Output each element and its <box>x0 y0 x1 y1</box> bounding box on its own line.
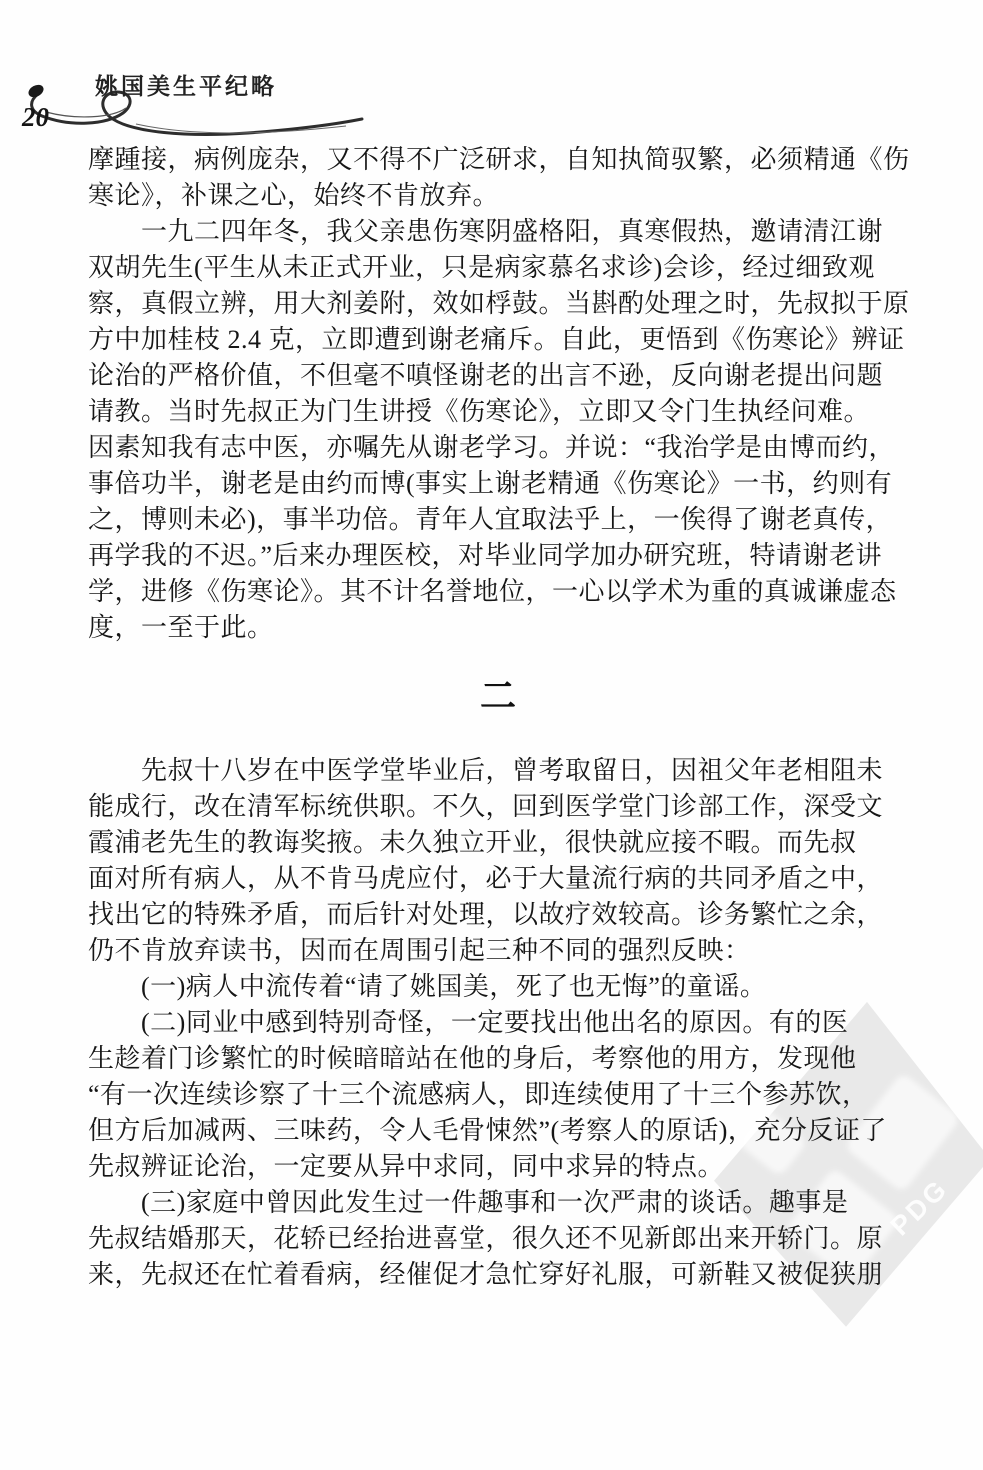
text-line: 先叔辨证论治，一定要从异中求同，同中求异的特点。 <box>88 1149 908 1185</box>
text-line: 双胡先生(平生从未正式开业，只是病家慕名求诊)会诊，经过细致观 <box>88 250 908 286</box>
section-heading: 二 <box>88 674 908 718</box>
text-line: 能成行，改在清军标统供职。不久，回到医学堂门诊部工作，深受文 <box>88 789 908 825</box>
section-one-text: 摩踵接，病例庞杂，又不得不广泛研求，自知执简驭繁，必须精通《伤寒论》，补课之心，… <box>88 142 908 646</box>
page-header: 姚国美生平纪略 20 <box>0 0 983 140</box>
text-line: 生趁着门诊繁忙的时候暗暗站在他的身后，考察他的用方，发现他 <box>88 1041 908 1077</box>
section-two-text: 先叔十八岁在中医学堂毕业后，曾考取留日，因祖父年老相阻未能成行，改在清军标统供职… <box>88 753 908 1293</box>
text-line: 仍不肯放弃读书，因而在周围引起三种不同的强烈反映： <box>88 933 908 969</box>
text-line: 度，一至于此。 <box>88 610 908 646</box>
text-line: 再学我的不迟。”后来办理医校，对毕业同学加办研究班，特请谢老讲 <box>88 538 908 574</box>
text-line: 方中加桂枝 2.4 克，立即遭到谢老痛斥。自此，更悟到《伤寒论》辨证 <box>88 322 908 358</box>
text-line: 找出它的特殊矛盾，而后针对处理，以故疗效较高。诊务繁忙之余， <box>88 897 908 933</box>
text-line: 之，博则未必)，事半功倍。青年人宜取法乎上，一俟得了谢老真传， <box>88 502 908 538</box>
text-line: (一)病人中流传着“请了姚国美，死了也无悔”的童谣。 <box>88 969 908 1005</box>
text-column: 摩踵接，病例庞杂，又不得不广泛研求，自知执简驭繁，必须精通《伤寒论》，补课之心，… <box>88 142 908 1293</box>
text-line: 因素知我有志中医，亦嘱先从谢老学习。并说：“我治学是由博而约， <box>88 430 908 466</box>
text-line: 一九二四年冬，我父亲患伤寒阴盛格阳，真寒假热，邀请清江谢 <box>88 214 908 250</box>
text-line: 摩踵接，病例庞杂，又不得不广泛研求，自知执简驭繁，必须精通《伤 <box>88 142 908 178</box>
book-page: PDG 姚国美生平纪略 20 摩踵接，病例庞杂，又不得不广泛研求，自知执简驭繁，… <box>0 0 983 1470</box>
text-line: 寒论》，补课之心，始终不肯放弃。 <box>88 178 908 214</box>
text-line: (三)家庭中曾因此发生过一件趣事和一次严肃的谈话。趣事是 <box>88 1185 908 1221</box>
running-head-title: 姚国美生平纪略 <box>95 68 277 101</box>
text-line: 先叔十八岁在中医学堂毕业后，曾考取留日，因祖父年老相阻未 <box>88 753 908 789</box>
text-line: (二)同业中感到特别奇怪，一定要找出他出名的原因。有的医 <box>88 1005 908 1041</box>
text-line: 请教。当时先叔正为门生讲授《伤寒论》，立即又令门生执经问难。 <box>88 394 908 430</box>
text-line: 察，真假立辨，用大剂姜附，效如桴鼓。当斟酌处理之时，先叔拟于原 <box>88 286 908 322</box>
text-line: 面对所有病人，从不肯马虎应付，必于大量流行病的共同矛盾之中， <box>88 861 908 897</box>
text-line: “有一次连续诊察了十三个流感病人，即连续使用了十三个参苏饮， <box>88 1077 908 1113</box>
text-line: 霞浦老先生的教诲奖掖。未久独立开业，很快就应接不暇。而先叔 <box>88 825 908 861</box>
text-line: 事倍功半，谢老是由约而博(事实上谢老精通《伤寒论》一书，约则有 <box>88 466 908 502</box>
text-line: 来，先叔还在忙着看病，经催促才急忙穿好礼服，可新鞋又被促狭朋 <box>88 1257 908 1293</box>
text-line: 学，进修《伤寒论》。其不计名誉地位，一心以学术为重的真诚谦虚态 <box>88 574 908 610</box>
text-line: 先叔结婚那天，花轿已经抬进喜堂，很久还不见新郎出来开轿门。原 <box>88 1221 908 1257</box>
text-line: 但方后加减两、三味药，令人毛骨悚然”(考察人的原话)，充分反证了 <box>88 1113 908 1149</box>
page-number: 20 <box>22 102 49 133</box>
text-line: 论治的严格价值，不但毫不嗔怪谢老的出言不逊，反向谢老提出问题 <box>88 358 908 394</box>
